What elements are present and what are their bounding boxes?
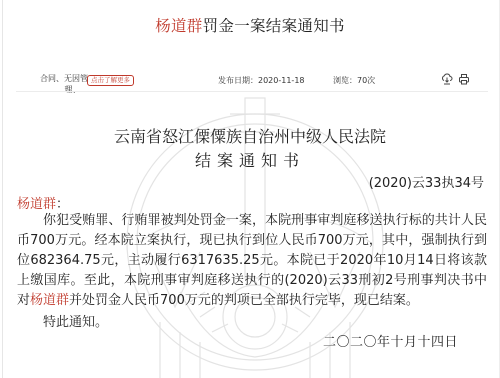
notice-body: 你犯受贿罪、行贿罪被判处罚金一案，本院刑事审判庭移送执行标的共计人民币700万元…: [17, 211, 487, 311]
notice-document: 云南省怒江傈僳族自治州中级人民法院 结案通知书 (2020)云33执34号 杨道…: [0, 0, 500, 378]
case-number: (2020)云33执34号: [369, 172, 484, 191]
signature-date: 二〇二〇年十月十四日: [323, 331, 458, 350]
body-person-name: 杨道群: [30, 293, 69, 308]
addressee: 杨道群：: [17, 193, 69, 212]
document-title: 结案通知书: [0, 148, 500, 171]
addressee-colon: ：: [56, 197, 69, 212]
court-name: 云南省怒江傈僳族自治州中级人民法院: [0, 124, 500, 147]
closing-text: 特此通知。: [43, 311, 108, 330]
addressee-name: 杨道群: [17, 197, 56, 212]
body-part-2: 并处罚金人民币700万元的判项已全部执行完毕，现已结案。: [69, 293, 419, 308]
